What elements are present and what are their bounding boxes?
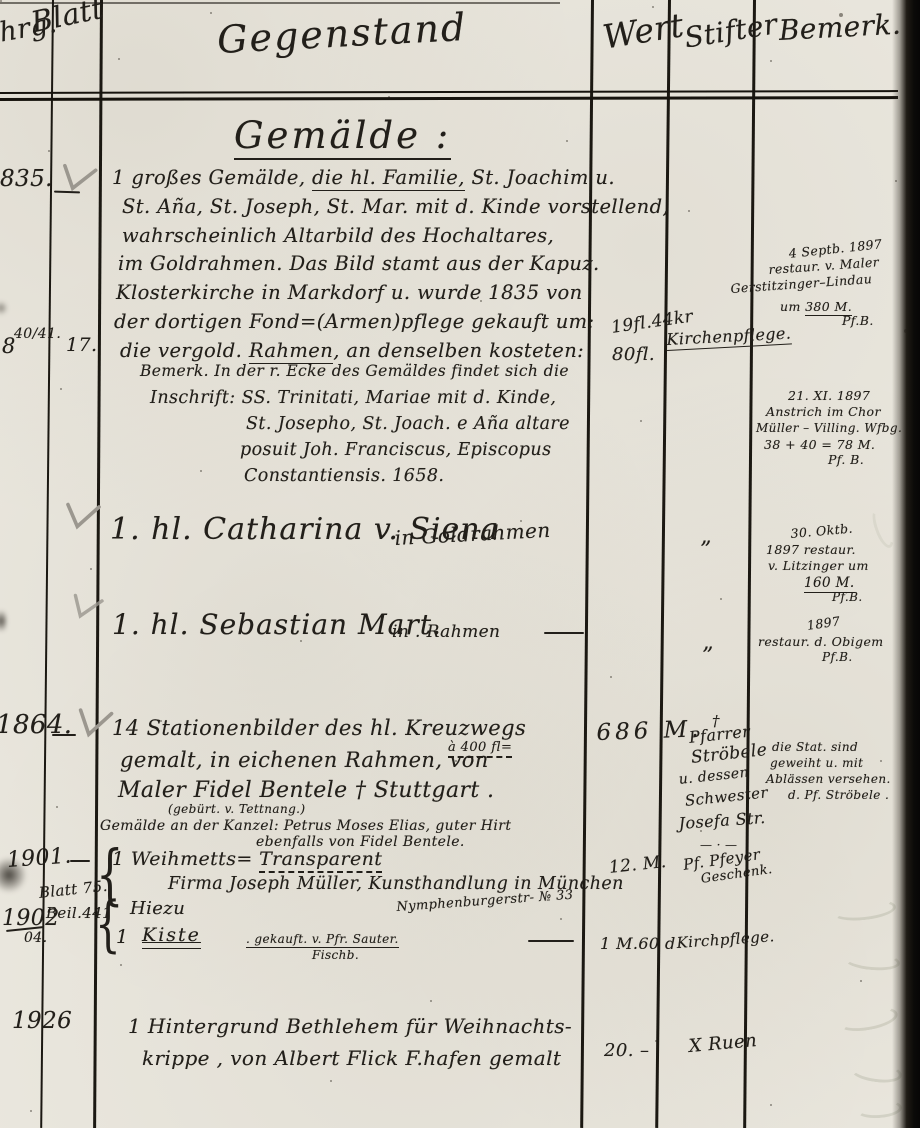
entry-line: krippe , von Albert Flick F.hafen gemalt bbox=[142, 1046, 561, 1070]
remark-line: v. Litzinger um bbox=[768, 558, 869, 573]
entry4-wert: 686 M. bbox=[596, 716, 703, 746]
entry1-line1b: die hl. Familie, bbox=[312, 166, 465, 191]
ledger-page: hrg. Blatt Gegenstand Wert Stifter Bemer… bbox=[0, 0, 920, 1128]
column-divider bbox=[743, 0, 755, 1128]
entry6-purchase-note: . gekauft. v. Pfr. Sauter. bbox=[246, 932, 399, 948]
ink-smudge bbox=[0, 300, 7, 316]
entry-line: 1 Weihmetts= Transparent bbox=[112, 848, 382, 870]
entry6-item: Kiste bbox=[142, 924, 201, 949]
entry7-year: 1926 bbox=[12, 1008, 72, 1034]
remark-initials: Pf. B. bbox=[828, 452, 864, 467]
entry1-line7c: , an denselben kosteten: bbox=[333, 339, 584, 362]
entry4-stifter: u. dessen bbox=[678, 765, 750, 788]
entry-line: 14 Stationenbilder des hl. Kreuzwegs bbox=[112, 716, 526, 740]
note-line: Inschrift: SS. Trinitati, Mariae mit d. … bbox=[150, 388, 556, 408]
remark-initials: Pf.B. bbox=[832, 590, 863, 604]
entry-line: Maler Fidel Bentele † Stuttgart . bbox=[118, 778, 494, 803]
entry6-purchase-note2: Fischb. bbox=[312, 948, 359, 962]
note-line: St. Josepho, St. Joach. e Aña altare bbox=[246, 414, 570, 434]
ditto-mark: ” bbox=[702, 644, 714, 669]
entry-line: gemalt, in eichenen Rahmen, von bbox=[120, 748, 489, 772]
remark-line: 21. XI. 1897 bbox=[788, 388, 870, 403]
remark-initials: Pf.B. bbox=[822, 650, 853, 664]
entry-line: im Goldrahmen. Das Bild stamt aus der Ka… bbox=[118, 252, 600, 275]
entry-line: Klosterkirche in Markdorf u. wurde 1835 … bbox=[116, 281, 583, 304]
remark-line: Müller – Villing. Wfbg. bbox=[756, 421, 902, 435]
entry1-year: 835. bbox=[0, 166, 53, 192]
column-header-blatt: Blatt bbox=[28, 0, 107, 39]
note-line: posuit Joh. Franciscus, Episcopus bbox=[240, 440, 551, 460]
scan-edge bbox=[892, 0, 920, 1128]
remark-line: 1897 restaur. bbox=[766, 542, 856, 557]
value-dash bbox=[544, 632, 584, 634]
entry-line: Hiezu bbox=[130, 898, 185, 919]
column-header-wert: Wert bbox=[600, 5, 687, 56]
bleed-through-marks bbox=[831, 897, 897, 924]
entry3-frame: in . Rahmen bbox=[392, 622, 500, 642]
value-dash bbox=[528, 940, 574, 942]
header-double-rule-top bbox=[0, 90, 898, 94]
entry4-stifter: Schwester bbox=[684, 783, 769, 810]
grouping-brace: { bbox=[95, 888, 121, 959]
remark-line: um 380 M. bbox=[780, 299, 852, 314]
pencil-checkmark-icon bbox=[65, 589, 106, 626]
entry-line: die vergold. Rahmen, an denselben kostet… bbox=[120, 339, 584, 362]
entry1-line7b: Rahmen bbox=[249, 339, 333, 364]
ink-smudge bbox=[0, 606, 6, 636]
column-header-stifter: Stifter bbox=[682, 7, 780, 54]
remark-line: Ablässen versehen. bbox=[766, 772, 891, 786]
entry-line: 1 großes Gemälde, die hl. Familie, St. J… bbox=[112, 166, 615, 189]
section-title: Gemälde : bbox=[234, 114, 451, 160]
entry6-num: 1 bbox=[116, 926, 129, 948]
entry5-line1a: 1 Weihmetts= bbox=[112, 848, 259, 870]
ditto-mark: ” bbox=[700, 538, 712, 563]
remark-initials: Pf.B. bbox=[842, 313, 874, 328]
entry1-line1a: 1 großes Gemälde, bbox=[112, 166, 312, 189]
note-line: Constantiensis. 1658. bbox=[244, 466, 444, 486]
entry-line: der dortigen Fond=(Armen)pflege gekauft … bbox=[114, 310, 595, 333]
blatt-dash bbox=[54, 191, 80, 194]
entry1-blatt2: 17. bbox=[66, 334, 97, 356]
entry-line: Gemälde an der Kanzel: Petrus Moses Elia… bbox=[100, 818, 511, 834]
remark-line: Anstrich im Chor bbox=[766, 404, 881, 419]
header-double-rule-bottom bbox=[0, 96, 898, 101]
entry7-stifter: X Ruen bbox=[688, 1030, 758, 1057]
entry1-line7a: die vergold. bbox=[120, 339, 249, 362]
bleed-through-marks bbox=[837, 1003, 900, 1035]
pencil-checkmark-icon bbox=[71, 704, 115, 743]
entry5-line1b: Transparent bbox=[259, 848, 382, 873]
note-line: Bemerk. In der r. Ecke des Gemäldes find… bbox=[140, 362, 569, 380]
remark-line: restaur. d. Obigem bbox=[758, 634, 884, 649]
remark-line: geweiht u. mit bbox=[770, 756, 863, 770]
entry1-line1c: St. Joachim u. bbox=[465, 166, 615, 189]
pencil-checkmark-icon bbox=[60, 499, 103, 535]
remark-um: um bbox=[780, 299, 805, 314]
entry1-year2-frac: 40/41. bbox=[14, 326, 61, 342]
remark-line: 30. Oktb. bbox=[790, 521, 853, 541]
entry7-wert: 20. – bbox=[604, 1040, 649, 1061]
entry-line: St. Aña, St. Joseph, St. Mar. mit d. Kin… bbox=[122, 195, 669, 218]
column-divider bbox=[655, 0, 670, 1128]
entry6-stifter: Kirchpflege. bbox=[676, 927, 775, 952]
column-header-bemerk: Bemerk. bbox=[778, 8, 902, 47]
entry4-birth-note: (gebürt. v. Tettnang.) bbox=[168, 802, 305, 816]
entry4-stifter: Josefa Str. bbox=[678, 808, 766, 833]
remark-line: 1897 bbox=[806, 613, 841, 633]
remark-line: d. Pf. Ströbele . bbox=[788, 788, 889, 802]
remark-line: 38 + 40 = 78 M. bbox=[764, 437, 875, 452]
column-header-gegenstand: Gegenstand bbox=[216, 5, 468, 62]
entry6-wert: 1 M.60 d bbox=[600, 934, 676, 953]
entry-line: 1 Hintergrund Bethlehem für Weihnachts- bbox=[128, 1014, 572, 1038]
entry6-year-sub: 04. bbox=[24, 930, 47, 946]
remark-line: die Stat. sind bbox=[772, 740, 858, 754]
entry1-wert2: 80fl. bbox=[612, 344, 655, 365]
blatt-dash bbox=[70, 860, 90, 862]
entry-line: wahrscheinlich Altarbild des Hochaltares… bbox=[122, 224, 554, 247]
